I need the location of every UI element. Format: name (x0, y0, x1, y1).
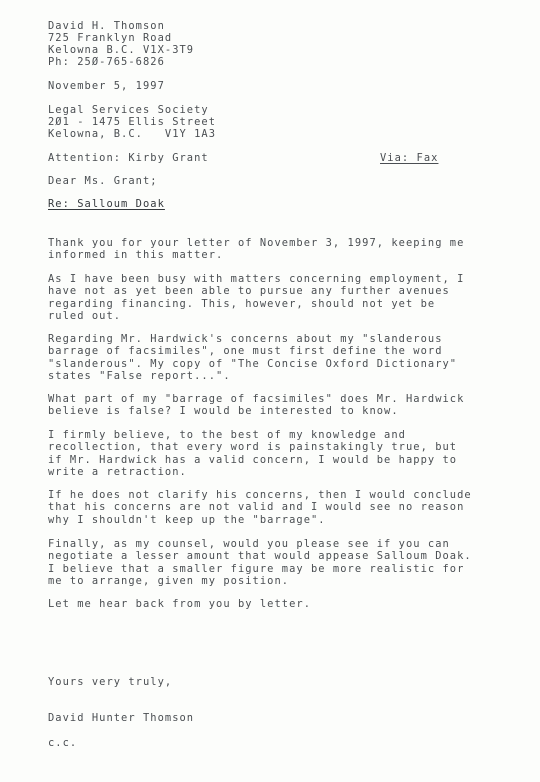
body-paragraph-5-line: I firmly believe, to the best of my know… (48, 429, 406, 441)
body-paragraph-7-line: me to arrange, given my position. (48, 575, 289, 587)
subject-line: Re: Salloum Doak (48, 198, 165, 210)
body-paragraph-3-line: Regarding Mr. Hardwick's concerns about … (48, 333, 443, 345)
body-paragraph-5-line: write a retraction. (48, 466, 187, 478)
attention-line: Attention: Kirby Grant (48, 152, 209, 164)
body-paragraph-3-line: states "False report...". (48, 370, 231, 382)
body-paragraph-7-line: I believe that a smaller figure may be m… (48, 563, 464, 575)
salutation: Dear Ms. Grant; (48, 175, 158, 187)
recipient-city: Kelowna, B.C. V1Y 1A3 (48, 128, 216, 140)
body-paragraph-7-line: negotiate a lesser amount that would app… (48, 550, 472, 562)
sender-city: Kelowna B.C. V1X-3T9 (48, 44, 194, 56)
body-paragraph-2-line: regarding financing. This, however, shou… (48, 298, 435, 310)
via-fax: Via: Fax (380, 152, 438, 164)
recipient-org: Legal Services Society (48, 104, 209, 116)
body-paragraph-2-line: As I have been busy with matters concern… (48, 273, 464, 285)
signature-name: David Hunter Thomson (48, 712, 194, 724)
body-paragraph-1-line: Thank you for your letter of November 3,… (48, 237, 464, 249)
body-paragraph-2-line: have not as yet been able to pursue any … (48, 285, 450, 297)
body-paragraph-5-line: if Mr. Hardwick has a valid concern, I w… (48, 454, 457, 466)
body-paragraph-5-line: recollection, that every word is painsta… (48, 441, 457, 453)
letter-page: David H. Thomson 725 Franklyn Road Kelow… (0, 0, 540, 782)
body-paragraph-4-line: What part of my "barrage of facsimiles" … (48, 393, 464, 405)
body-paragraph-6-line: why I shouldn't keep up the "barrage". (48, 514, 326, 526)
body-paragraph-6-line: that his concerns are not valid and I wo… (48, 501, 464, 513)
body-paragraph-3-line: barrage of facsimiles", one must first d… (48, 345, 443, 357)
body-paragraph-7-line: Finally, as my counsel, would you please… (48, 538, 450, 550)
body-paragraph-4-line: believe is false? I would be interested … (48, 405, 399, 417)
body-paragraph-8-line: Let me hear back from you by letter. (48, 598, 311, 610)
body-paragraph-3-line: "slanderous". My copy of "The Concise Ox… (48, 358, 457, 370)
body-paragraph-2-line: ruled out. (48, 310, 121, 322)
body-paragraph-6-line: If he does not clarify his concerns, the… (48, 489, 472, 501)
recipient-street: 2Ø1 - 1475 Ellis Street (48, 116, 216, 128)
sender-name: David H. Thomson (48, 20, 165, 32)
letter-date: November 5, 1997 (48, 80, 165, 92)
cc-line: c.c. (48, 737, 77, 749)
closing: Yours very truly, (48, 676, 172, 688)
sender-street: 725 Franklyn Road (48, 32, 172, 44)
body-paragraph-1-line: informed in this matter. (48, 249, 223, 261)
sender-phone: Ph: 25Ø-765-6826 (48, 56, 165, 68)
